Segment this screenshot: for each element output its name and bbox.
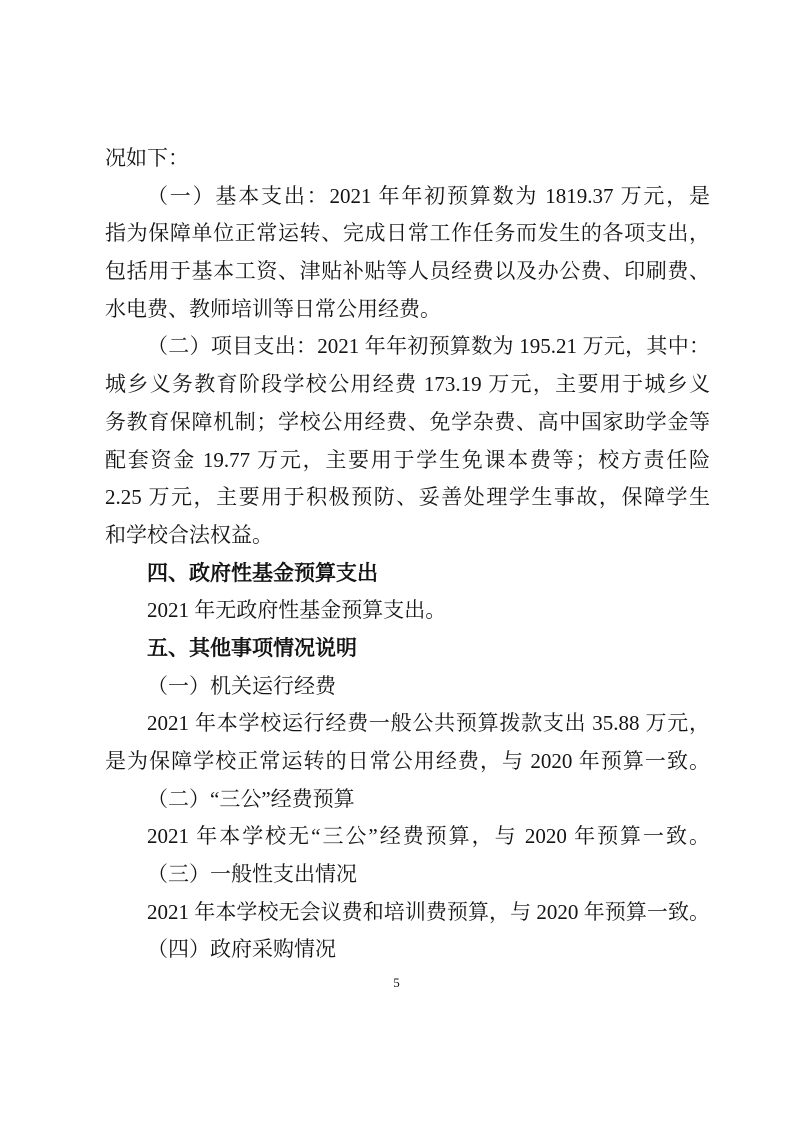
paragraph-project-expenditure-line-5: 2.25 万元，主要用于积极预防、妥善处理学生事故，保障学生 — [105, 479, 710, 517]
paragraph-no-three-public-funds: 2021 年本学校无“三公”经费预算，与 2020 年预算一致。 — [105, 818, 710, 856]
document-body: 况如下： （一）基本支出：2021 年年初预算数为 1819.37 万元，是 指… — [105, 140, 710, 969]
paragraph-project-expenditure-line-4: 配套资金 19.77 万元，主要用于学生免课本费等；校方责任险 — [105, 442, 710, 480]
paragraph-line-continuation: 况如下： — [105, 140, 710, 178]
paragraph-basic-expenditure-line-1: （一）基本支出：2021 年年初预算数为 1819.37 万元，是 — [105, 178, 710, 216]
paragraph-basic-expenditure-line-4: 水电费、教师培训等日常公用经费。 — [105, 291, 710, 329]
subheading-government-procurement: （四）政府采购情况 — [105, 931, 710, 969]
paragraph-project-expenditure-line-2: 城乡义务教育阶段学校公用经费 173.19 万元，主要用于城乡义 — [105, 366, 710, 404]
paragraph-basic-expenditure-line-2: 指为保障单位正常运转、完成日常工作任务而发生的各项支出， — [105, 215, 710, 253]
paragraph-operating-funds-line-2: 是为保障学校正常运转的日常公用经费，与 2020 年预算一致。 — [105, 743, 710, 781]
paragraph-project-expenditure-line-6: 和学校合法权益。 — [105, 517, 710, 555]
paragraph-no-meeting-training-fees: 2021 年本学校无会议费和培训费预算，与 2020 年预算一致。 — [105, 894, 710, 932]
document-page: 况如下： （一）基本支出：2021 年年初预算数为 1819.37 万元，是 指… — [0, 0, 793, 1122]
paragraph-basic-expenditure-line-3: 包括用于基本工资、津贴补贴等人员经费以及办公费、印刷费、 — [105, 253, 710, 291]
page-number: 5 — [0, 975, 793, 991]
section-heading-government-fund-budget: 四、政府性基金预算支出 — [105, 555, 710, 593]
subheading-agency-operating-funds: （一）机关运行经费 — [105, 668, 710, 706]
paragraph-no-government-fund: 2021 年无政府性基金预算支出。 — [105, 592, 710, 630]
subheading-three-public-funds-budget: （二）“三公”经费预算 — [105, 781, 710, 819]
paragraph-project-expenditure-line-1: （二）项目支出：2021 年年初预算数为 195.21 万元，其中： — [105, 328, 710, 366]
section-heading-other-matters: 五、其他事项情况说明 — [105, 630, 710, 668]
paragraph-operating-funds-line-1: 2021 年本学校运行经费一般公共预算拨款支出 35.88 万元， — [105, 705, 710, 743]
paragraph-project-expenditure-line-3: 务教育保障机制；学校公用经费、免学杂费、高中国家助学金等 — [105, 404, 710, 442]
subheading-general-expenditure: （三）一般性支出情况 — [105, 856, 710, 894]
